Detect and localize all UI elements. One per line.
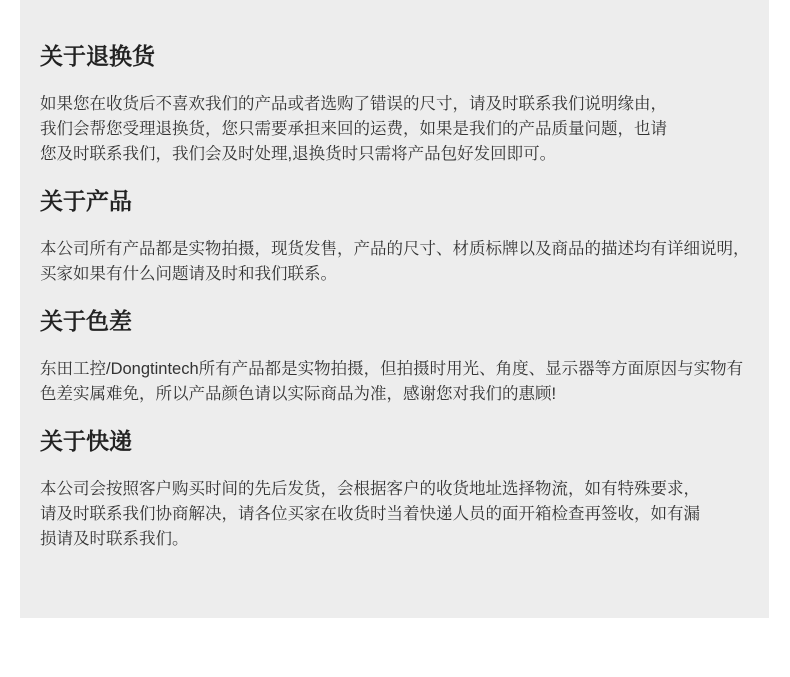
section-product: 关于产品 本公司所有产品都是实物拍摄，现货发售，产品的尺寸、材质标牌以及商品的描…: [40, 186, 753, 287]
section-shipping-text: 本公司会按照客户购买时间的先后发货，会根据客户的收货地址选择物流，如有特殊要求，…: [40, 477, 753, 552]
section-returns-title: 关于退换货: [40, 41, 753, 71]
section-product-text: 本公司所有产品都是实物拍摄，现货发售，产品的尺寸、材质标牌以及商品的描述均有详细…: [40, 237, 753, 287]
section-product-title: 关于产品: [40, 186, 753, 216]
section-returns: 关于退换货 如果您在收货后不喜欢我们的产品或者选购了错误的尺寸，请及时联系我们说…: [40, 41, 753, 167]
section-returns-text: 如果您在收货后不喜欢我们的产品或者选购了错误的尺寸，请及时联系我们说明缘由， 我…: [40, 92, 753, 167]
section-shipping-title: 关于快递: [40, 426, 753, 456]
section-color-difference-title: 关于色差: [40, 306, 753, 336]
section-color-difference-text: 东田工控/Dongtintech所有产品都是实物拍摄，但拍摄时用光、角度、显示器…: [40, 357, 753, 407]
section-color-difference: 关于色差 东田工控/Dongtintech所有产品都是实物拍摄，但拍摄时用光、角…: [40, 306, 753, 407]
section-shipping: 关于快递 本公司会按照客户购买时间的先后发货，会根据客户的收货地址选择物流，如有…: [40, 426, 753, 552]
service-info-panel: 关于退换货 如果您在收货后不喜欢我们的产品或者选购了错误的尺寸，请及时联系我们说…: [20, 0, 769, 618]
